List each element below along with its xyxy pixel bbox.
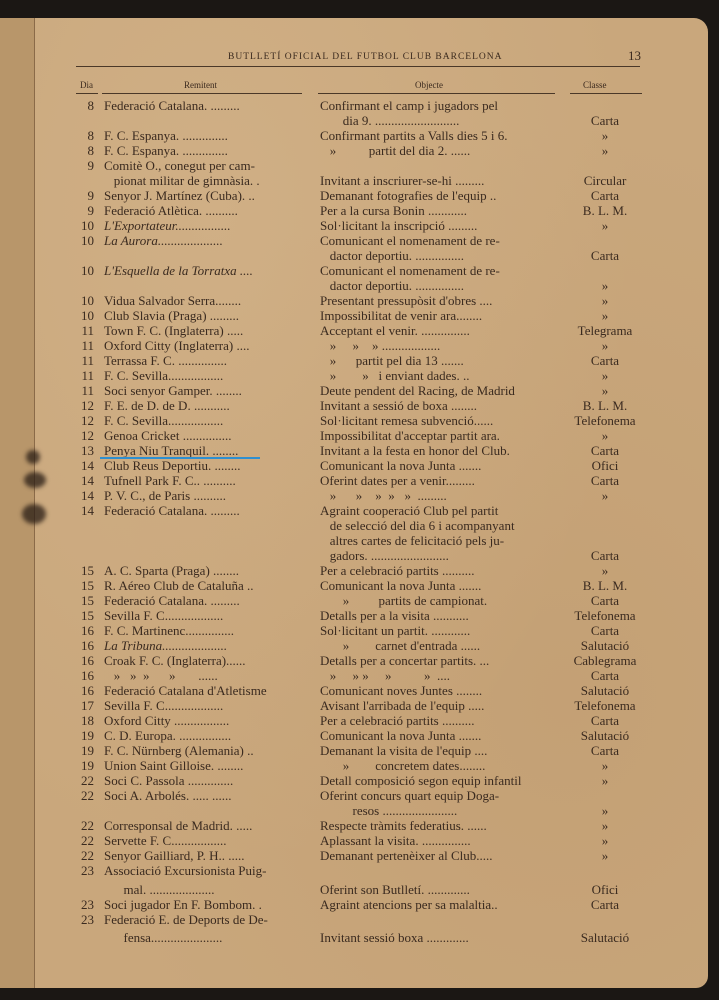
row-sender: Federació Catalana. ......... xyxy=(104,593,240,608)
row-sender: Federació E. de Deports de De- xyxy=(104,912,268,927)
row-object: Acceptant el venir. ............... xyxy=(320,323,470,338)
row-object: Comunicant la nova Junta ....... xyxy=(320,578,481,593)
row-object: Agraint atencions per sa malaltia.. xyxy=(320,897,498,912)
row-sender: Soci senyor Gamper. ........ xyxy=(104,383,242,398)
row-object: Oferint son Butlletí. ............. xyxy=(320,882,470,897)
row-sender: Corresponsal de Madrid. ..... xyxy=(104,818,252,833)
row-class: » xyxy=(565,143,645,158)
row-class: » xyxy=(565,308,645,323)
row-class: Salutació xyxy=(565,638,645,653)
row-object: Demanant pertenèixer al Club..... xyxy=(320,848,493,863)
row-object: Impossibilitat de venir ara........ xyxy=(320,308,482,323)
row-object: altres cartes de felicitació pels ju- xyxy=(320,533,504,548)
row-object: Per a celebració partits .......... xyxy=(320,713,475,728)
row-class: Carta xyxy=(565,188,645,203)
row-object: gadors. ........................ xyxy=(320,548,449,563)
row-sender: Oxford Citty ................. xyxy=(104,713,229,728)
row-sender: C. D. Europa. ................ xyxy=(104,728,231,743)
row-sender: Penya Niu Tranquil. ........ xyxy=(104,443,238,458)
row-day: 8 xyxy=(74,143,94,158)
row-class: » xyxy=(565,368,645,383)
row-sender: La Tribuna.................... xyxy=(104,638,227,653)
row-day: 16 xyxy=(74,623,94,638)
row-day: 14 xyxy=(74,488,94,503)
row-object: Avisant l'arribada de l'equip ..... xyxy=(320,698,484,713)
row-class: » xyxy=(565,128,645,143)
row-sender: Federació Catalana. ......... xyxy=(104,503,240,518)
row-object: Comunicant el nomenament de re- xyxy=(320,233,500,248)
row-day: 9 xyxy=(74,158,94,173)
row-class: Telefonema xyxy=(565,698,645,713)
row-sender: Club Reus Deportiu. ........ xyxy=(104,458,241,473)
row-class: » xyxy=(565,278,645,293)
row-class: Salutació xyxy=(565,930,645,945)
row-day: 19 xyxy=(74,758,94,773)
row-class: Telegrama xyxy=(565,323,645,338)
row-sender: Terrassa F. C. ............... xyxy=(104,353,227,368)
row-object: Sol·licitant la inscripció ......... xyxy=(320,218,477,233)
row-object: de selecció del dia 6 i acompanyant xyxy=(320,518,515,533)
row-day: 16 xyxy=(74,653,94,668)
row-day: 19 xyxy=(74,728,94,743)
row-class: » xyxy=(565,488,645,503)
row-sender: F. C. Sevilla................. xyxy=(104,368,223,383)
row-day: 16 xyxy=(74,668,94,683)
column-header-day: Dia xyxy=(80,80,93,90)
row-sender: La Aurora.................... xyxy=(104,233,223,248)
column-rule-object xyxy=(318,93,555,94)
row-sender: Oxford Citty (Inglaterra) .... xyxy=(104,338,249,353)
row-day: 23 xyxy=(74,912,94,927)
row-day: 13 xyxy=(74,443,94,458)
row-sender: F. C. Espanya. .............. xyxy=(104,128,228,143)
row-object: Impossibilitat d'acceptar partit ara. xyxy=(320,428,500,443)
row-day: 15 xyxy=(74,593,94,608)
row-day: 11 xyxy=(74,353,94,368)
row-day: 22 xyxy=(74,773,94,788)
row-class: » xyxy=(565,563,645,578)
row-class: Carta xyxy=(565,548,645,563)
row-class: Carta xyxy=(565,113,645,128)
row-class: Carta xyxy=(565,473,645,488)
row-sender: Sevilla F. C.................. xyxy=(104,608,223,623)
row-class: » xyxy=(565,833,645,848)
row-sender: Soci C. Passola .............. xyxy=(104,773,233,788)
row-class: Ofici xyxy=(565,882,645,897)
row-class: Telefonema xyxy=(565,608,645,623)
row-class: Carta xyxy=(565,713,645,728)
row-sender: Union Saint Gilloise. ........ xyxy=(104,758,243,773)
row-object: Demanant la visita de l'equip .... xyxy=(320,743,487,758)
row-class: » xyxy=(565,803,645,818)
row-sender: P. V. C., de Paris .......... xyxy=(104,488,226,503)
row-class: B. L. M. xyxy=(565,203,645,218)
row-object: Confirmant el camp i jugadors pel xyxy=(320,98,498,113)
row-class: Circular xyxy=(565,173,645,188)
row-sender: Sevilla F. C.................. xyxy=(104,698,223,713)
row-sender: Vidua Salvador Serra........ xyxy=(104,293,241,308)
highlight-underline xyxy=(100,457,260,459)
row-object: Oferint dates per a venir......... xyxy=(320,473,475,488)
row-sender: Comitè O., conegut per cam- xyxy=(104,158,255,173)
row-day: 10 xyxy=(74,218,94,233)
row-sender: L'Exportateur................. xyxy=(104,218,231,233)
row-object: dia 9. .......................... xyxy=(320,113,459,128)
column-header-class: Classe xyxy=(583,80,607,90)
row-day: 22 xyxy=(74,788,94,803)
row-object: Detalls per a concertar partits. ... xyxy=(320,653,489,668)
row-object: Comunicant la nova Junta ....... xyxy=(320,458,481,473)
row-sender: Genoa Cricket ............... xyxy=(104,428,231,443)
row-class: » xyxy=(565,218,645,233)
row-class: » xyxy=(565,428,645,443)
row-class: B. L. M. xyxy=(565,578,645,593)
left-page-edge xyxy=(0,18,35,988)
column-header-object: Objecte xyxy=(415,80,443,90)
column-rule-class xyxy=(570,93,642,94)
row-day: 12 xyxy=(74,413,94,428)
row-class: Carta xyxy=(565,668,645,683)
row-sender: F. E. de D. de D. ........... xyxy=(104,398,230,413)
row-sender: mal. .................... xyxy=(104,882,215,897)
row-day: 23 xyxy=(74,863,94,878)
row-object: » partits de campionat. xyxy=(320,593,487,608)
row-object: Respecte tràmits federatius. ...... xyxy=(320,818,487,833)
row-sender: F. C. Nürnberg (Alemania) .. xyxy=(104,743,254,758)
row-sender: Federació Catalana. ......... xyxy=(104,98,240,113)
header-rule xyxy=(76,66,640,67)
row-object: » partit pel dia 13 ....... xyxy=(320,353,464,368)
row-object: Invitant a inscriurer-se-hi ......... xyxy=(320,173,484,188)
row-sender: R. Aéreo Club de Cataluña .. xyxy=(104,578,253,593)
row-class: B. L. M. xyxy=(565,398,645,413)
row-day: 10 xyxy=(74,308,94,323)
row-sender: F. C. Espanya. .............. xyxy=(104,143,228,158)
row-sender: F. C. Sevilla................. xyxy=(104,413,223,428)
row-day: 22 xyxy=(74,833,94,848)
row-class: Cablegrama xyxy=(565,653,645,668)
row-day: 11 xyxy=(74,368,94,383)
row-day: 23 xyxy=(74,897,94,912)
row-object: Presentant pressupòsit d'obres .... xyxy=(320,293,492,308)
row-day: 14 xyxy=(74,473,94,488)
row-day: 22 xyxy=(74,818,94,833)
row-day: 9 xyxy=(74,188,94,203)
row-day: 12 xyxy=(74,398,94,413)
row-object: Per a la cursa Bonin ............ xyxy=(320,203,467,218)
row-class: Ofici xyxy=(565,458,645,473)
row-object: Sol·licitant un partit. ............ xyxy=(320,623,470,638)
row-object: dactor deportiu. ............... xyxy=(320,278,464,293)
row-day: 15 xyxy=(74,578,94,593)
row-day: 11 xyxy=(74,383,94,398)
row-sender: » » » » ...... xyxy=(104,668,218,683)
row-day: 16 xyxy=(74,683,94,698)
row-day: 15 xyxy=(74,563,94,578)
row-day: 12 xyxy=(74,428,94,443)
row-object: Invitant a sessió de boxa ........ xyxy=(320,398,477,413)
row-day: 18 xyxy=(74,713,94,728)
row-sender: L'Esquella de la Torratxa .... xyxy=(104,263,253,278)
column-rule-sender xyxy=(102,93,302,94)
row-day: 10 xyxy=(74,263,94,278)
row-class: Carta xyxy=(565,248,645,263)
ink-stain xyxy=(22,504,46,524)
row-class: » xyxy=(565,773,645,788)
row-day: 15 xyxy=(74,608,94,623)
row-day: 16 xyxy=(74,638,94,653)
row-class: » xyxy=(565,293,645,308)
row-class: Carta xyxy=(565,623,645,638)
row-sender: F. C. Martinenc............... xyxy=(104,623,234,638)
row-object: Aplassant la visita. ............... xyxy=(320,833,471,848)
row-day: 8 xyxy=(74,98,94,113)
row-day: 9 xyxy=(74,203,94,218)
row-class: » xyxy=(565,338,645,353)
row-object: Oferint concurs quart equip Doga- xyxy=(320,788,499,803)
row-sender: Croak F. C. (Inglaterra)...... xyxy=(104,653,246,668)
row-day: 10 xyxy=(74,233,94,248)
row-sender: fensa...................... xyxy=(104,930,222,945)
row-class: Carta xyxy=(565,353,645,368)
page-header-title: BUTLLETÍ OFICIAL DEL FUTBOL CLUB BARCELO… xyxy=(228,52,502,62)
row-sender: pionat militar de gimnàsia. . xyxy=(104,173,260,188)
row-object: » » » » » .... xyxy=(320,668,450,683)
row-sender: Federació Catalana d'Atletisme xyxy=(104,683,267,698)
column-header-sender: Remitent xyxy=(184,80,217,90)
row-sender: Club Slavia (Praga) ......... xyxy=(104,308,239,323)
row-object: resos ....................... xyxy=(320,803,457,818)
row-object: » » » .................. xyxy=(320,338,440,353)
row-object: » » » » » ......... xyxy=(320,488,447,503)
row-day: 10 xyxy=(74,293,94,308)
row-day: 22 xyxy=(74,848,94,863)
row-object: dactor deportiu. ............... xyxy=(320,248,464,263)
row-class: » xyxy=(565,758,645,773)
row-object: Demanant fotografies de l'equip .. xyxy=(320,188,496,203)
row-sender: Senyor J. Martínez (Cuba). .. xyxy=(104,188,255,203)
row-object: » carnet d'entrada ...... xyxy=(320,638,480,653)
row-day: 14 xyxy=(74,503,94,518)
row-object: » concretem dates........ xyxy=(320,758,485,773)
row-object: Invitant sessió boxa ............. xyxy=(320,930,469,945)
row-sender: Senyor Gailliard, P. H.. ..... xyxy=(104,848,244,863)
row-sender: A. C. Sparta (Praga) ........ xyxy=(104,563,239,578)
row-object: Agraint cooperació Club pel partit xyxy=(320,503,498,518)
row-class: » xyxy=(565,383,645,398)
row-sender: Tufnell Park F. C.. .......... xyxy=(104,473,236,488)
row-class: » xyxy=(565,818,645,833)
row-sender: Federació Atlètica. .......... xyxy=(104,203,238,218)
row-class: Salutació xyxy=(565,728,645,743)
row-sender: Soci jugador En F. Bombom. . xyxy=(104,897,262,912)
column-rule-day xyxy=(76,93,98,94)
row-sender: Town F. C. (Inglaterra) ..... xyxy=(104,323,243,338)
row-class: Salutació xyxy=(565,683,645,698)
row-day: 17 xyxy=(74,698,94,713)
row-class: Telefonema xyxy=(565,413,645,428)
row-class: » xyxy=(565,848,645,863)
row-day: 19 xyxy=(74,743,94,758)
row-sender: Associació Excursionista Puig- xyxy=(104,863,266,878)
row-object: Deute pendent del Racing, de Madrid xyxy=(320,383,515,398)
row-object: Comunicant el nomenament de re- xyxy=(320,263,500,278)
row-class: Carta xyxy=(565,897,645,912)
row-object: » » i enviant dades. .. xyxy=(320,368,469,383)
row-object: Confirmant partits a Valls dies 5 i 6. xyxy=(320,128,508,143)
row-object: Sol·licitant remesa subvenció...... xyxy=(320,413,493,428)
row-object: Detalls per a la visita ........... xyxy=(320,608,469,623)
row-object: Comunicant la nova Junta ....... xyxy=(320,728,481,743)
row-day: 11 xyxy=(74,323,94,338)
row-sender: Soci A. Arbolés. ..... ...... xyxy=(104,788,231,803)
row-sender: Servette F. C................. xyxy=(104,833,226,848)
row-class: Carta xyxy=(565,443,645,458)
ink-stain xyxy=(24,472,46,488)
row-object: Comunicant noves Juntes ........ xyxy=(320,683,482,698)
row-object: Per a celebració partits .......... xyxy=(320,563,475,578)
row-day: 8 xyxy=(74,128,94,143)
ink-stain xyxy=(26,450,40,464)
page-number: 13 xyxy=(628,48,641,64)
row-object: Detall composició segon equip infantil xyxy=(320,773,521,788)
row-day: 11 xyxy=(74,338,94,353)
row-object: Invitant a la festa en honor del Club. xyxy=(320,443,510,458)
row-class: Carta xyxy=(565,593,645,608)
row-object: » partit del dia 2. ...... xyxy=(320,143,470,158)
row-day: 14 xyxy=(74,458,94,473)
row-class: Carta xyxy=(565,743,645,758)
